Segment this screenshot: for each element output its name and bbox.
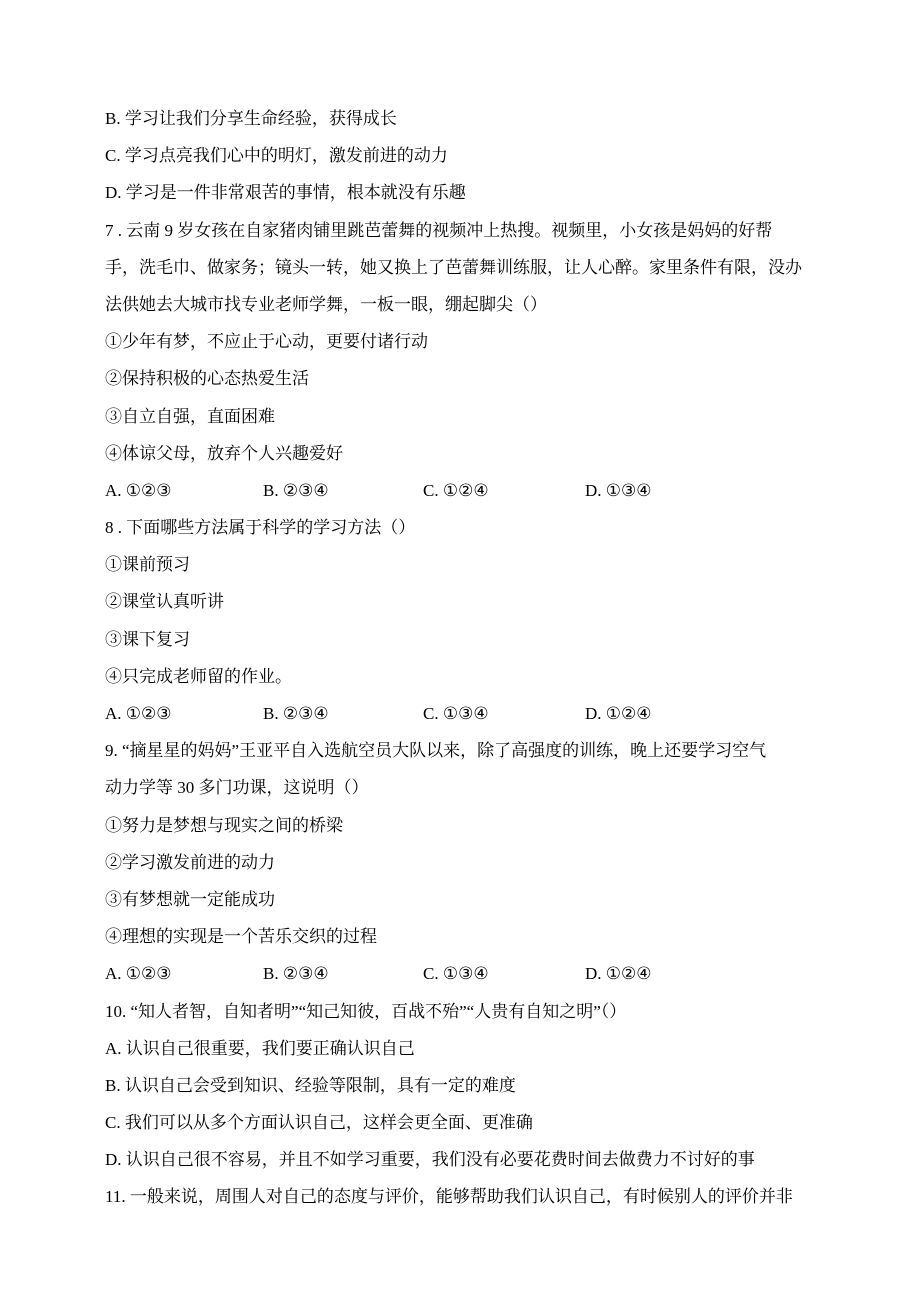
- document-line: ④体谅父母，放弃个人兴趣爱好: [105, 435, 837, 472]
- option-c: C. ①②④: [423, 472, 489, 509]
- option-b: B. ②③④: [263, 955, 329, 992]
- option-d: D. ①②④: [585, 695, 652, 732]
- document-line: ①少年有梦，不应止于心动，更要付诸行动: [105, 323, 837, 360]
- document-line: ③课下复习: [105, 621, 837, 658]
- document-page: B. 学习让我们分享生命经验，获得成长C. 学习点亮我们心中的明灯，激发前进的动…: [0, 0, 920, 1301]
- document-line: D. 认识自己很不容易，并且不如学习重要，我们没有必要花费时间去做费力不讨好的事: [105, 1141, 837, 1178]
- option-d: D. ①②④: [585, 955, 652, 992]
- option-a: A. ①②③: [105, 955, 172, 992]
- option-a: A. ①②③: [105, 472, 172, 509]
- document-line: ②课堂认真听讲: [105, 583, 837, 620]
- document-line: 手，洗毛巾、做家务；镜头一转，她又换上了芭蕾舞训练服，让人心醉。家里条件有限，没…: [105, 249, 837, 286]
- document-line: 动力学等 30 多门功课，这说明（）: [105, 769, 837, 806]
- document-line: C. 我们可以从多个方面认识自己，这样会更全面、更准确: [105, 1104, 837, 1141]
- document-line: D. 学习是一件非常艰苦的事情，根本就没有乐趣: [105, 174, 837, 211]
- answer-options-row: A. ①②③B. ②③④C. ①③④D. ①②④: [105, 695, 837, 732]
- document-line: ②保持积极的心态热爱生活: [105, 360, 837, 397]
- document-line: B. 认识自己会受到知识、经验等限制，具有一定的难度: [105, 1067, 837, 1104]
- option-c: C. ①③④: [423, 955, 489, 992]
- document-line: 法供她去大城市找专业老师学舞，一板一眼，绷起脚尖（）: [105, 286, 837, 323]
- document-line: B. 学习让我们分享生命经验，获得成长: [105, 100, 837, 137]
- document-body: B. 学习让我们分享生命经验，获得成长C. 学习点亮我们心中的明灯，激发前进的动…: [105, 100, 837, 1216]
- option-c: C. ①③④: [423, 695, 489, 732]
- document-line: ①课前预习: [105, 546, 837, 583]
- option-a: A. ①②③: [105, 695, 172, 732]
- option-d: D. ①③④: [585, 472, 652, 509]
- answer-options-row: A. ①②③B. ②③④C. ①②④D. ①③④: [105, 472, 837, 509]
- document-line: A. 认识自己很重要，我们要正确认识自己: [105, 1030, 837, 1067]
- document-line: ④理想的实现是一个苦乐交织的过程: [105, 918, 837, 955]
- document-line: 9. “摘星星的妈妈”王亚平自入选航空员大队以来，除了高强度的训练，晚上还要学习…: [105, 732, 837, 769]
- document-line: 7 . 云南 9 岁女孩在自家猪肉铺里跳芭蕾舞的视频冲上热搜。视频里，小女孩是妈…: [105, 212, 837, 249]
- document-line: ③有梦想就一定能成功: [105, 881, 837, 918]
- option-b: B. ②③④: [263, 472, 329, 509]
- document-line: ①努力是梦想与现实之间的桥梁: [105, 807, 837, 844]
- option-b: B. ②③④: [263, 695, 329, 732]
- document-line: 10. “知人者智，自知者明”“知己知彼，百战不殆”“人贵有自知之明”（）: [105, 993, 837, 1030]
- document-line: ③自立自强，直面困难: [105, 398, 837, 435]
- document-line: C. 学习点亮我们心中的明灯，激发前进的动力: [105, 137, 837, 174]
- document-line: ④只完成老师留的作业。: [105, 658, 837, 695]
- answer-options-row: A. ①②③B. ②③④C. ①③④D. ①②④: [105, 955, 837, 992]
- document-line: 11. 一般来说，周围人对自己的态度与评价，能够帮助我们认识自己，有时候别人的评…: [105, 1178, 837, 1215]
- document-line: ②学习激发前进的动力: [105, 844, 837, 881]
- document-line: 8 . 下面哪些方法属于科学的学习方法（）: [105, 509, 837, 546]
